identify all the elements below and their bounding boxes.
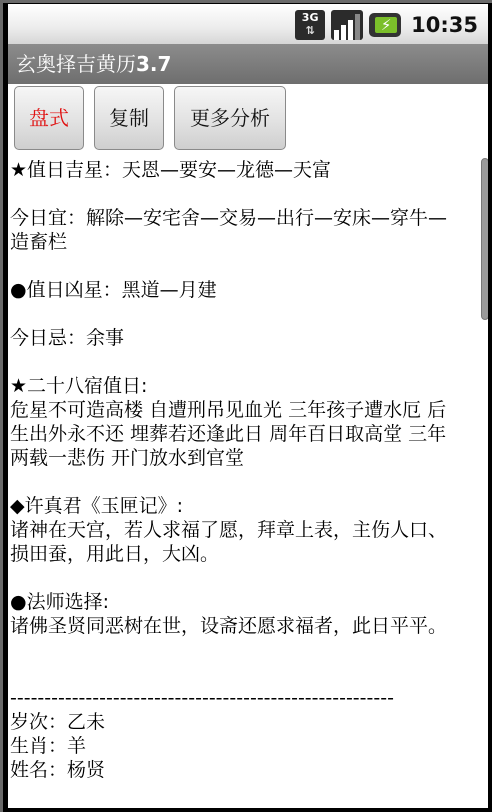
name-label: 姓名：杨贤 (10, 758, 464, 782)
xu-heading: ◆许真君《玉匣记》: (10, 494, 464, 518)
zodiac-label: 生肖：羊 (10, 734, 464, 758)
today-good: 今日宜：解除—安宅舍—交易—出行—安床—穿牛—造畜栏 (10, 206, 464, 254)
app-version: 3.7 (136, 52, 171, 76)
mansion-text: 危星不可造高楼 自遭刑吊见血光 三年孩子遭水厄 后生出外永不还 埋葬若还逢此日 … (10, 398, 464, 470)
lucky-stars: ★值日吉星：天恩—要安—龙德—天富 (10, 158, 464, 182)
screen-frame-left (0, 0, 3, 812)
status-bar: 3G ⇅ ⚡ 10:35 (8, 4, 488, 44)
almanac-text: ★值日吉星：天恩—要安—龙德—天富 今日宜：解除—安宅舍—交易—出行—安床—穿牛… (10, 158, 464, 782)
more-analysis-button[interactable]: 更多分析 (174, 86, 286, 150)
master-text: 诸佛圣贤同恶树在世，设斋还愿求福者，此日平平。 (10, 614, 464, 638)
battery-charging-icon: ⚡ (369, 13, 401, 37)
year-label: 岁次：乙未 (10, 710, 464, 734)
signal-strength-icon (331, 10, 363, 40)
mansion-heading: ★二十八宿值日: (10, 374, 464, 398)
main-content: 盘式 复制 更多分析 ★值日吉星：天恩—要安—龙德—天富 今日宜：解除—安宅舍—… (8, 84, 488, 808)
unlucky-stars: ●值日凶星：黑道—月建 (10, 278, 464, 302)
xu-text: 诸神在天宫，若人求福了愿，拜章上表，主伤人口、损田蚕，用此日，大凶。 (10, 518, 464, 566)
copy-button[interactable]: 复制 (94, 86, 164, 150)
status-icons: 3G ⇅ ⚡ 10:35 (295, 10, 478, 40)
app-title: 玄奥择吉黄历 (16, 52, 136, 76)
today-avoid: 今日忌：余事 (10, 326, 464, 350)
chart-layout-button[interactable]: 盘式 (14, 86, 84, 150)
app-title-bar: 玄奥择吉黄历3.7 (8, 44, 488, 84)
screen-frame-top (0, 0, 492, 3)
network-label: 3G (295, 12, 325, 24)
data-arrows-icon: ⇅ (295, 25, 325, 37)
vertical-scrollbar[interactable] (481, 158, 488, 320)
master-heading: ●法师选择: (10, 590, 464, 614)
scroll-fade (8, 794, 488, 808)
divider-line: ----------------------------------------… (10, 686, 464, 710)
clock: 10:35 (411, 13, 478, 37)
charging-bolt-icon: ⚡ (375, 15, 397, 35)
network-3g-icon: 3G ⇅ (295, 10, 325, 40)
